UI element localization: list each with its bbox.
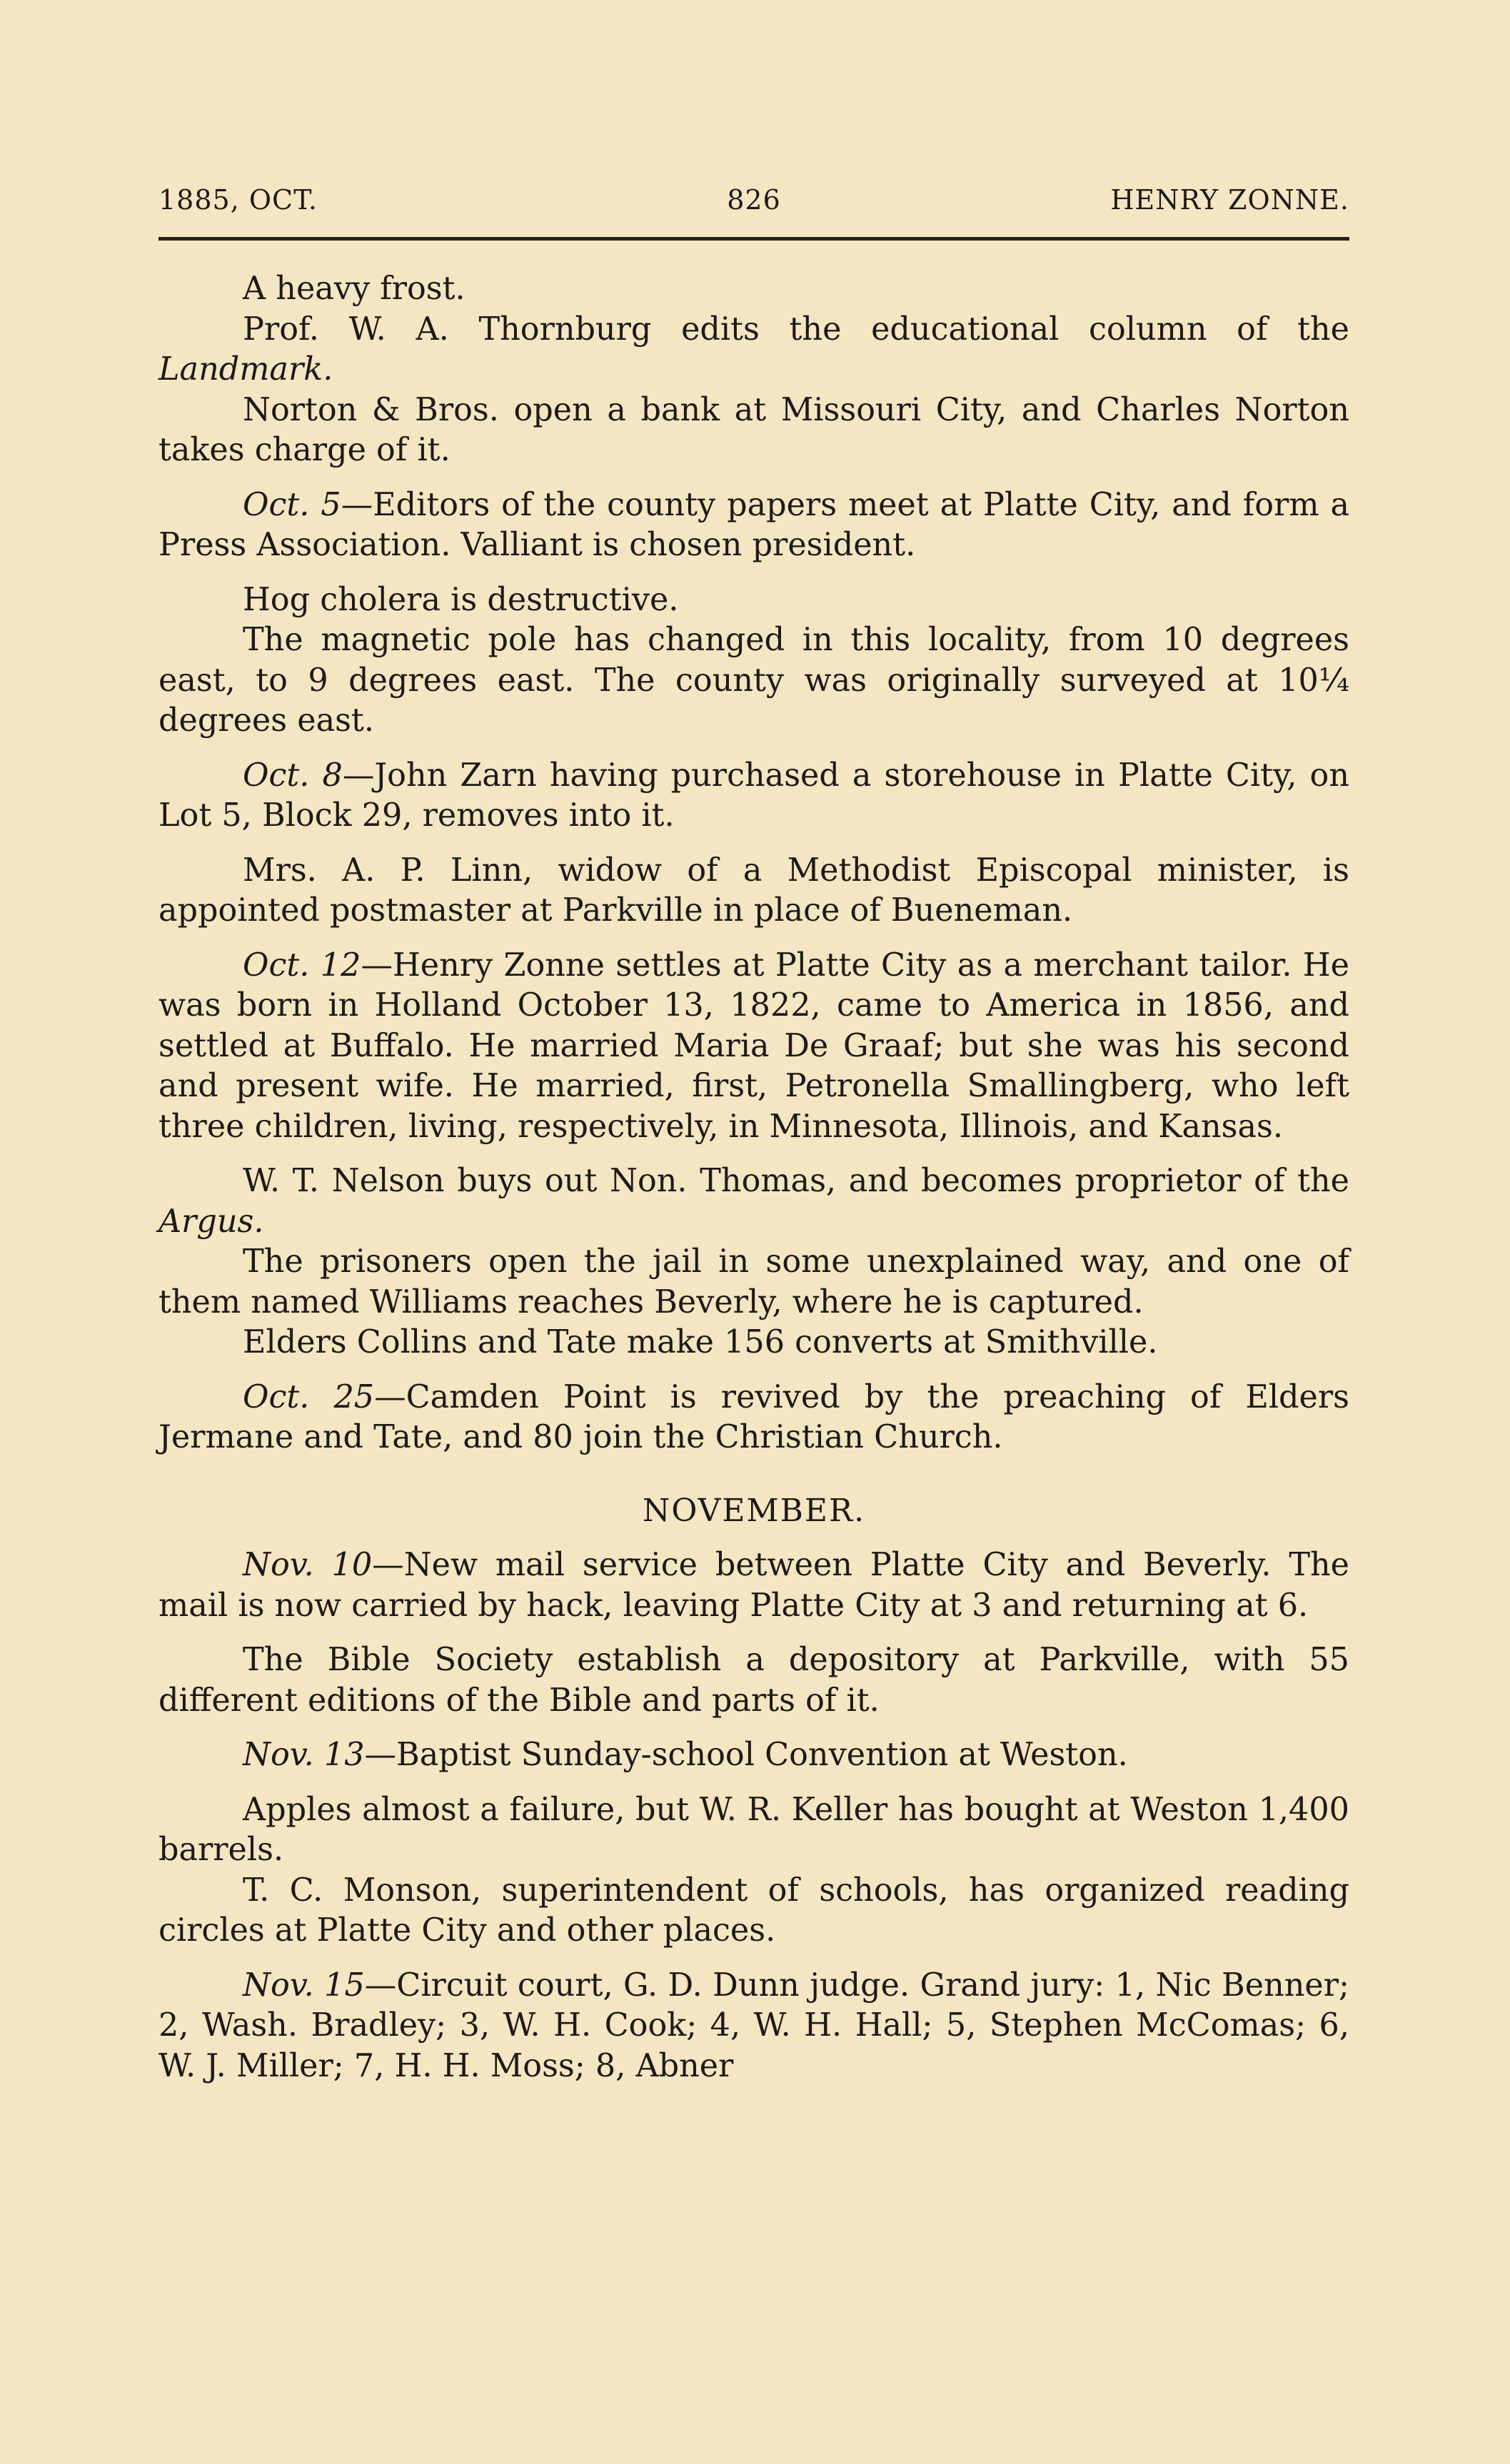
entry-date: Nov. 10: [243, 1547, 372, 1583]
october-entries: A heavy frost.Prof. W. A. Thornburg edit…: [158, 269, 1349, 1458]
chronicle-entry: Norton & Bros. open a bank at Missouri C…: [158, 390, 1349, 471]
entry-text: —Baptist Sunday-school Convention at Wes…: [365, 1737, 1128, 1773]
november-entries: Nov. 10—New mail service between Platte …: [158, 1545, 1349, 2086]
header-rule: [158, 237, 1349, 241]
entry-text: Norton & Bros. open a bank at Missouri C…: [158, 392, 1349, 469]
chronicle-entry: The Bible Society establish a depository…: [158, 1640, 1349, 1721]
running-head: 1885, OCT. 826 HENRY ZONNE.: [158, 184, 1349, 221]
entry-text: W. T. Nelson buys out Non. Thomas, and b…: [243, 1163, 1349, 1199]
chronicle-entry: A heavy frost.: [158, 269, 1349, 310]
entry-date: Oct. 12: [243, 947, 361, 984]
body-text: A heavy frost.Prof. W. A. Thornburg edit…: [158, 269, 1349, 2086]
page-number: 826: [727, 184, 781, 216]
entry-text: Prof. W. A. Thornburg edits the educatio…: [243, 311, 1349, 348]
entry-text: Hog cholera is destructive.: [243, 582, 678, 618]
running-head-date: 1885, OCT.: [158, 184, 318, 216]
chronicle-entry: T. C. Monson, superintendent of schools,…: [158, 1871, 1349, 1951]
book-page: 1885, OCT. 826 HENRY ZONNE. A heavy fros…: [158, 184, 1349, 2086]
chronicle-entry: Oct. 5—Editors of the county papers meet…: [158, 485, 1349, 566]
chronicle-entry: Elders Collins and Tate make 156 convert…: [158, 1323, 1349, 1363]
entry-date: Oct. 8: [243, 757, 343, 794]
publication-title: Landmark.: [158, 351, 333, 388]
entry-text: A heavy frost.: [243, 271, 465, 307]
entry-text: The Bible Society establish a depository…: [158, 1642, 1349, 1719]
entry-text: Elders Collins and Tate make 156 convert…: [243, 1324, 1157, 1360]
chronicle-entry: Oct. 25—Camden Point is revived by the p…: [158, 1378, 1349, 1458]
entry-date: Oct. 5: [243, 487, 341, 523]
chronicle-entry: Nov. 13—Baptist Sunday-school Convention…: [158, 1735, 1349, 1776]
entry-text: The magnetic pole has changed in this lo…: [158, 622, 1349, 739]
chronicle-entry: Oct. 8—John Zarn having purchased a stor…: [158, 756, 1349, 837]
entry-text: T. C. Monson, superintendent of schools,…: [158, 1872, 1349, 1949]
running-head-title: HENRY ZONNE.: [1110, 184, 1349, 216]
chronicle-entry: Prof. W. A. Thornburg edits the educatio…: [158, 310, 1349, 390]
publication-title: Argus.: [158, 1203, 264, 1240]
section-heading-november: NOVEMBER.: [158, 1491, 1349, 1532]
chronicle-entry: Nov. 10—New mail service between Platte …: [158, 1545, 1349, 1626]
chronicle-entry: Nov. 15—Circuit court, G. D. Dunn judge.…: [158, 1966, 1349, 2087]
chronicle-entry: W. T. Nelson buys out Non. Thomas, and b…: [158, 1161, 1349, 1242]
entry-text: Apples almost a failure, but W. R. Kelle…: [158, 1792, 1349, 1869]
entry-date: Oct. 25: [243, 1379, 374, 1415]
chronicle-entry: Mrs. A. P. Linn, widow of a Methodist Ep…: [158, 851, 1349, 931]
chronicle-entry: Apples almost a failure, but W. R. Kelle…: [158, 1790, 1349, 1871]
chronicle-entry: The prisoners open the jail in some unex…: [158, 1242, 1349, 1323]
entry-date: Nov. 15: [243, 1967, 365, 2004]
chronicle-entry: Hog cholera is destructive.: [158, 580, 1349, 621]
entry-date: Nov. 13: [243, 1737, 365, 1773]
chronicle-entry: The magnetic pole has changed in this lo…: [158, 620, 1349, 742]
chronicle-entry: Oct. 12—Henry Zonne settles at Platte Ci…: [158, 946, 1349, 1148]
entry-text: The prisoners open the jail in some unex…: [158, 1243, 1349, 1321]
entry-text: Mrs. A. P. Linn, widow of a Methodist Ep…: [158, 852, 1349, 929]
